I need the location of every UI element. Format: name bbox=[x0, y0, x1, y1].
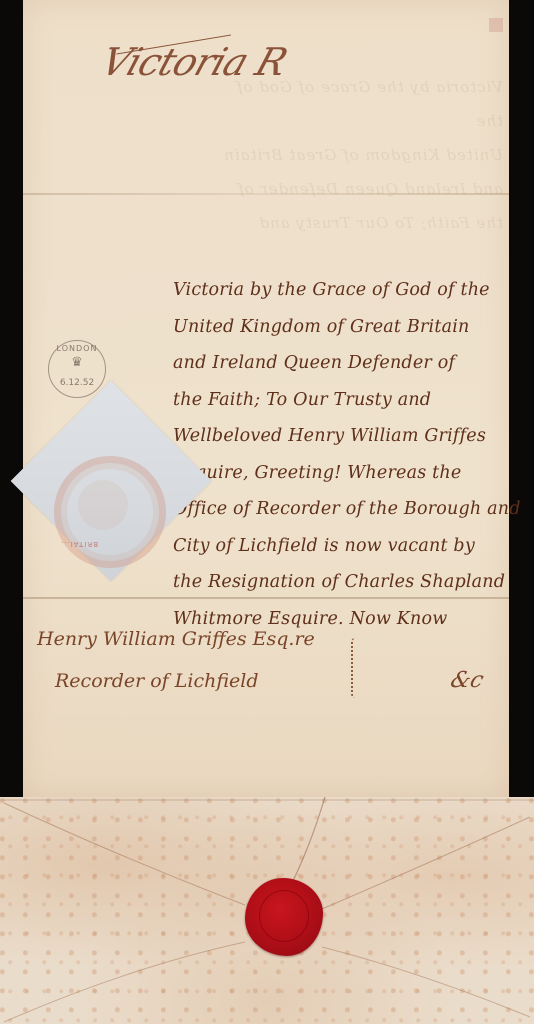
royal-sign-manual: Victoria R bbox=[96, 40, 292, 84]
ghost-line: and Ireland Queen Defender of bbox=[237, 180, 503, 198]
addressee-title: Recorder of Lichfield bbox=[37, 660, 315, 702]
body-line: the Resignation of Charles Shapland bbox=[173, 564, 508, 601]
red-wax-seal bbox=[245, 878, 323, 956]
corner-stain bbox=[489, 18, 503, 32]
body-line: Office of Recorder of the Borough and bbox=[173, 491, 508, 528]
postmark-date: 6.12.52 bbox=[49, 378, 105, 388]
body-line: Wellbeloved Henry William Griffes bbox=[173, 418, 508, 455]
body-line: Victoria by the Grace of God of the bbox=[173, 272, 508, 309]
ghost-line: United Kingdom of Great Britain bbox=[223, 146, 503, 164]
body-line: and Ireland Queen Defender of bbox=[173, 345, 508, 382]
postmark-city: LONDON bbox=[49, 344, 105, 353]
show-through-text: Victoria by the Grace of God of the Unit… bbox=[203, 70, 503, 240]
body-line: Esquire, Greeting! Whereas the bbox=[173, 455, 508, 492]
ghost-line: the Faith; To Our Trusty and bbox=[258, 214, 503, 232]
warrant-body-text: Victoria by the Grace of God of the Unit… bbox=[173, 272, 508, 637]
etcetera-mark: &c bbox=[448, 668, 487, 693]
ghost-line: Victoria by the Grace of God of the bbox=[236, 78, 503, 130]
addressee-block: Henry William Griffes Esq.re Recorder of… bbox=[37, 618, 315, 702]
brace-mark bbox=[351, 638, 359, 698]
embossed-seal-center bbox=[78, 480, 128, 530]
body-line: City of Lichfield is now vacant by bbox=[173, 528, 508, 565]
crown-icon: ♛ bbox=[68, 356, 86, 370]
body-line: United Kingdom of Great Britain bbox=[173, 309, 508, 346]
body-line: the Faith; To Our Trusty and bbox=[173, 382, 508, 419]
london-postmark-stamp: LONDON ♛ 6.12.52 bbox=[48, 340, 106, 398]
seal-inscription: BRITAI... bbox=[60, 540, 98, 548]
addressee-name: Henry William Griffes Esq.re bbox=[37, 618, 315, 660]
